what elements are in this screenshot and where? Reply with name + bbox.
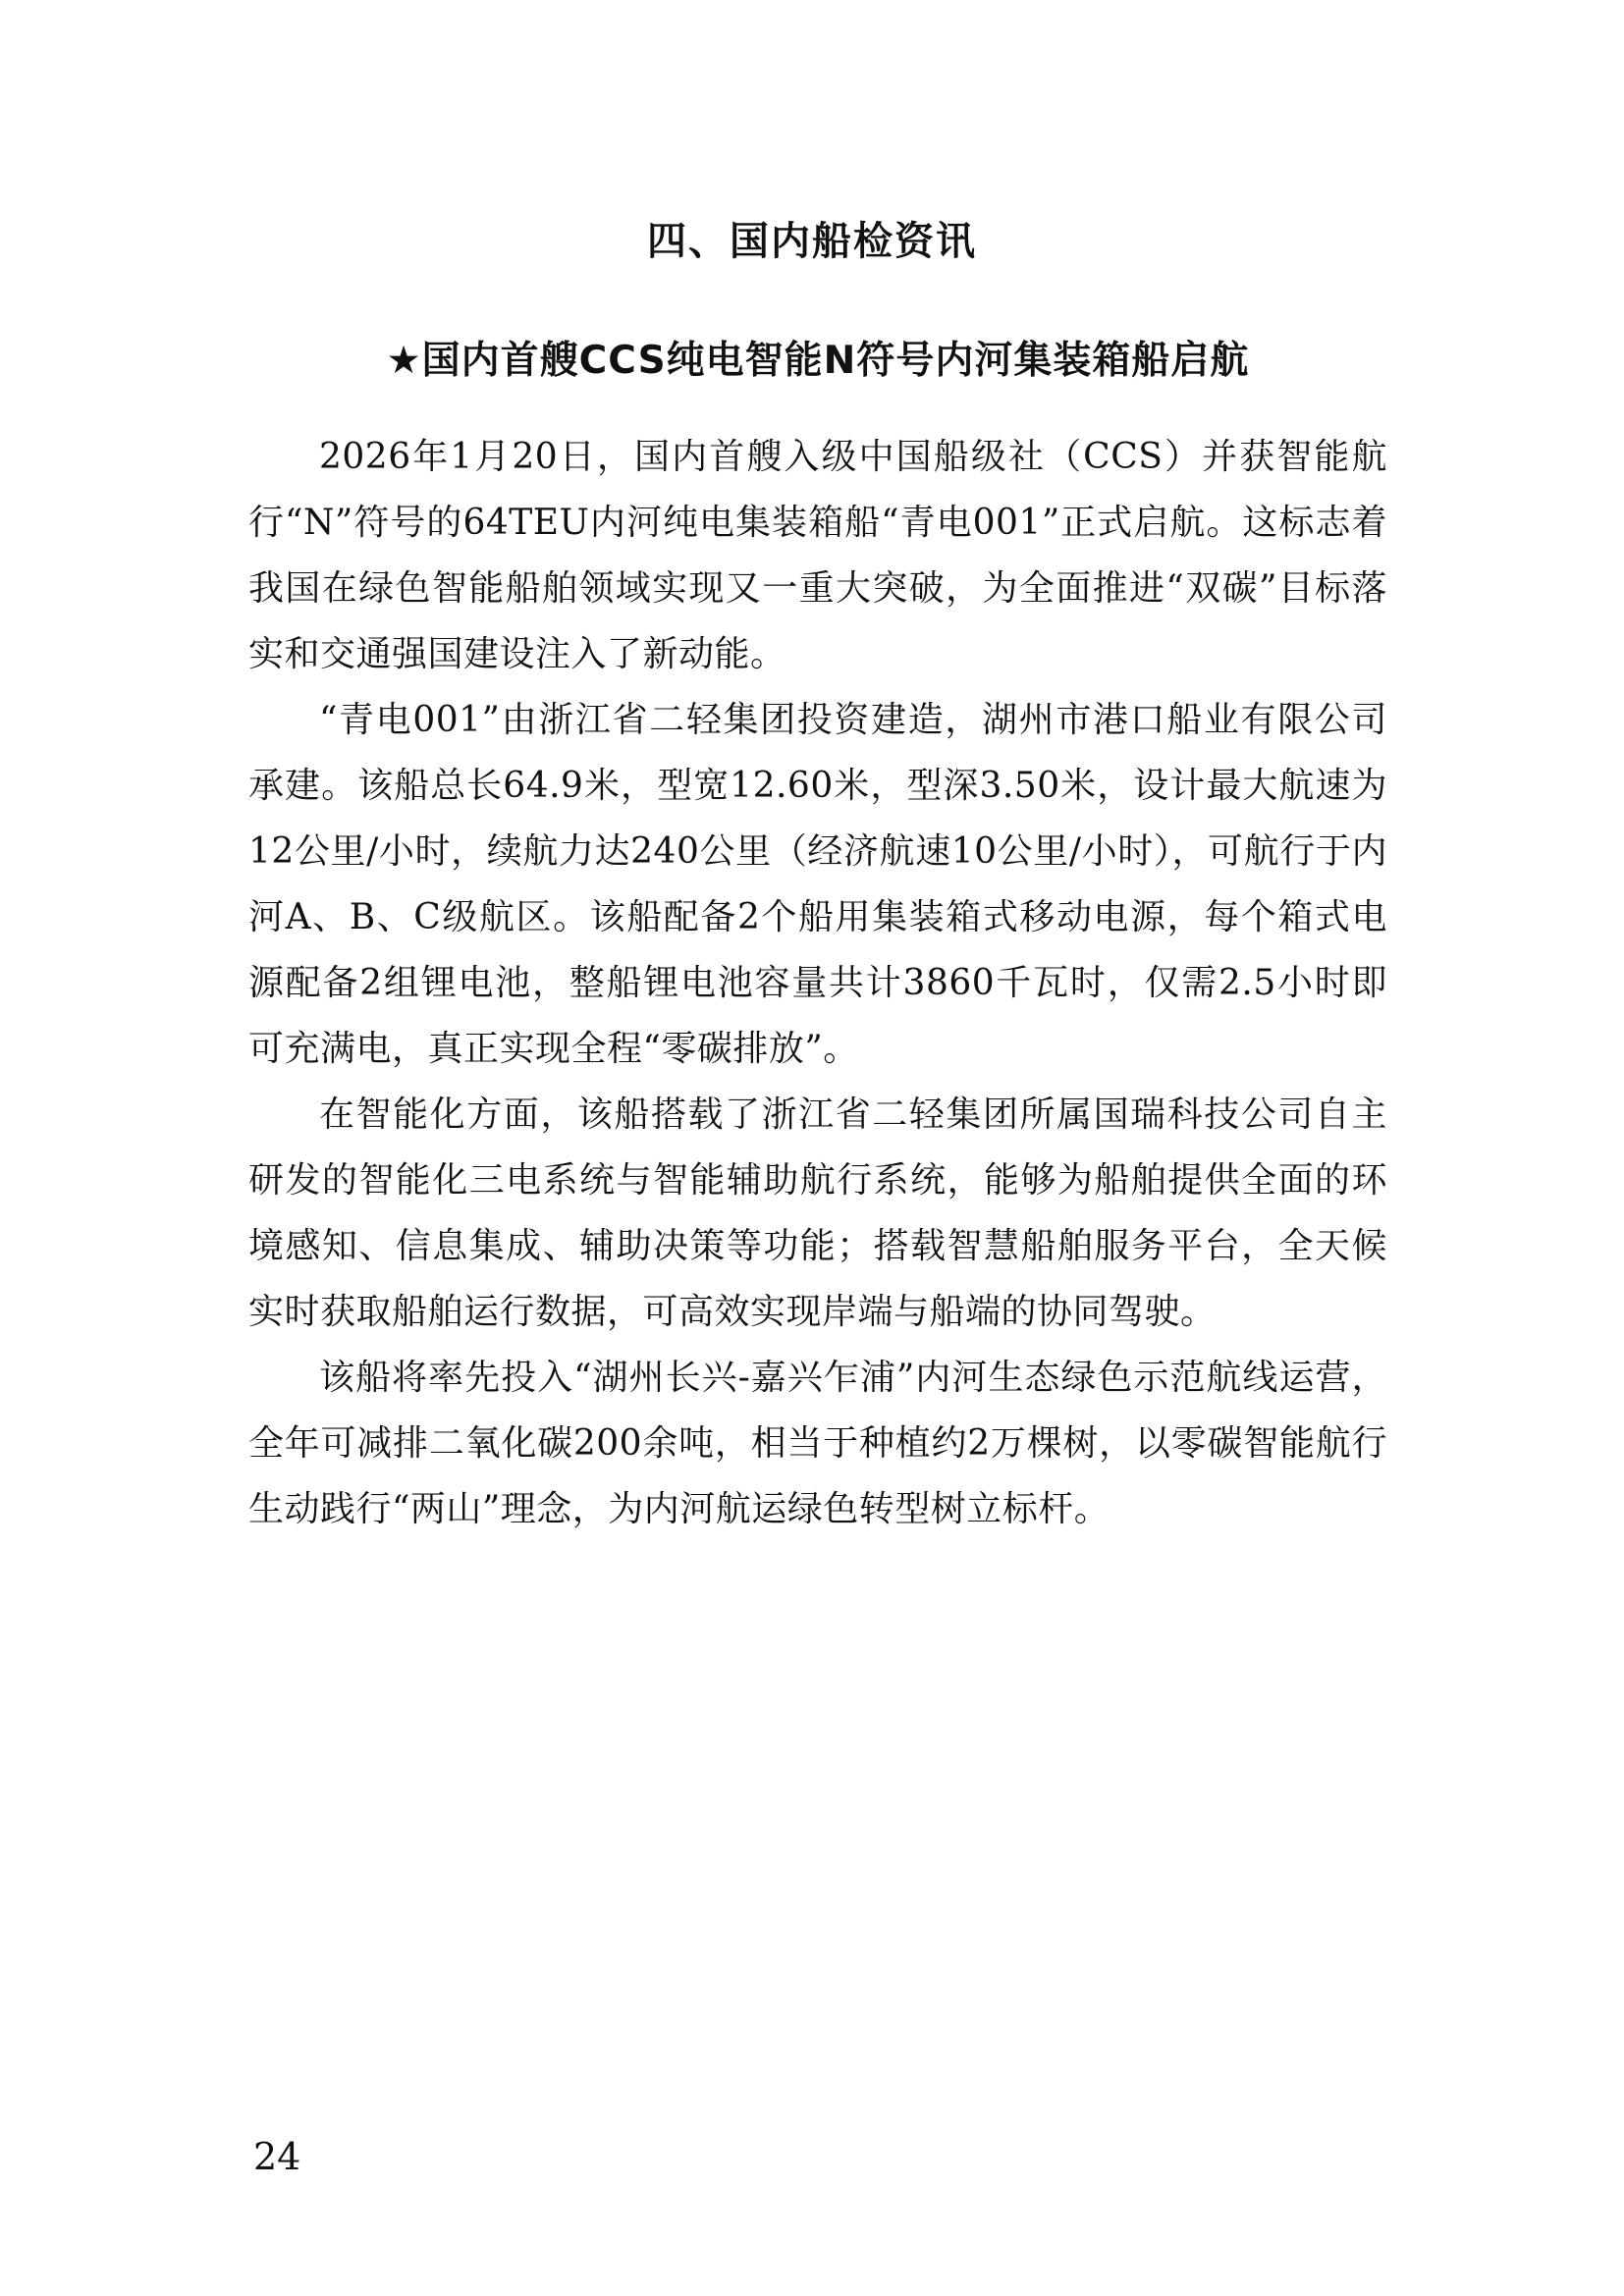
section-title: 四、国内船检资讯 [0,214,1624,269]
paragraph: “青电001”由浙江省二轻集团投资建造，湖州市港口船业有限公司承建。该船总长64… [248,687,1387,1082]
document-page: 四、国内船检资讯 ★国内首艘CCS纯电智能N符号内河集装箱船启航 2026年1月… [0,0,1624,2296]
paragraph: 该船将率先投入“湖州长兴-嘉兴乍浦”内河生态绿色示范航线运营，全年可减排二氧化碳… [248,1345,1387,1542]
page-number: 24 [253,2132,300,2181]
paragraph: 在智能化方面，该船搭载了浙江省二轻集团所属国瑞科技公司自主研发的智能化三电系统与… [248,1082,1387,1345]
article-title: ★国内首艘CCS纯电智能N符号内河集装箱船启航 [248,334,1387,389]
paragraph: 2026年1月20日，国内首艘入级中国船级社（CCS）并获智能航行“N”符号的6… [248,424,1387,687]
article-body: 2026年1月20日，国内首艘入级中国船级社（CCS）并获智能航行“N”符号的6… [248,424,1387,1542]
